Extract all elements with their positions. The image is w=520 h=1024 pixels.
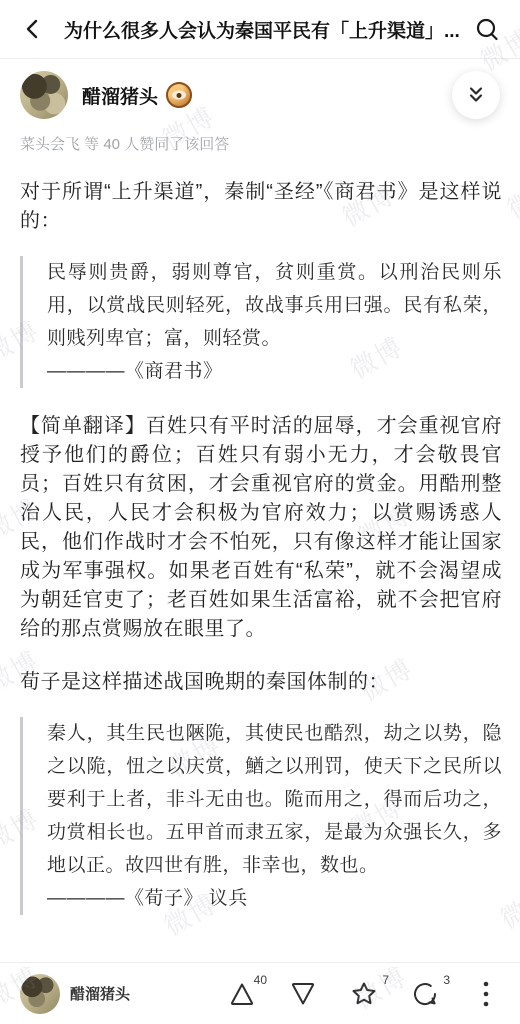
comment-count: 3 [443, 973, 450, 987]
downvote-button[interactable] [287, 978, 319, 1010]
upvoters-summary[interactable]: 菜头会飞 等 40 人赞同了该回答 [0, 119, 520, 154]
quote-attribution: ————《荀子》 议兵 [47, 882, 502, 915]
star-icon [349, 979, 379, 1009]
paragraph-xunzi-intro: 荀子是这样描述战国晚期的秦国体制的： [20, 668, 502, 697]
quote-text: 民辱则贵爵，弱则尊官，贫则重赏。以刑治民则乐用，以赏战民则轻死，故战事兵用曰强。… [47, 256, 502, 355]
author-avatar-small[interactable] [20, 974, 60, 1014]
quote-text: 秦人，其生民也陿陒，其使民也酷烈，劫之以势，隐之以陒，忸之以庆赏，鰌之以刑罚，使… [47, 717, 502, 882]
question-title[interactable]: 为什么很多人会认为秦国平民有「上升渠道」... [64, 16, 470, 43]
author-name[interactable]: 醋溜猪头 [82, 82, 158, 109]
upvote-triangle-icon [227, 979, 257, 1009]
upvote-count: 40 [254, 973, 267, 987]
favorite-button[interactable]: 7 [348, 978, 380, 1010]
author-badge-icon [166, 82, 192, 108]
author-avatar[interactable] [20, 71, 68, 119]
blockquote-xunzi: 秦人，其生民也陿陒，其使民也酷烈，劫之以势，隐之以陒，忸之以庆赏，鰌之以刑罚，使… [20, 717, 502, 915]
quote-attribution: ————《商君书》 [47, 355, 502, 388]
collapse-answer-button[interactable] [452, 71, 500, 119]
more-options-button[interactable] [470, 978, 502, 1010]
downvote-triangle-icon [288, 979, 318, 1009]
bottom-action-bar: 醋溜猪头 40 7 [0, 962, 520, 1024]
chevron-left-icon [22, 18, 44, 40]
paragraph-translation: 【简单翻译】百姓只有平时活的屈辱，才会重视官府授予他们的爵位；百姓只有弱小无力，… [20, 412, 502, 644]
answer-body: 对于所谓“上升渠道”，秦制“圣经”《商君书》是这样说的： 民辱则贵爵，弱则尊官，… [0, 178, 520, 915]
paragraph-intro: 对于所谓“上升渠道”，秦制“圣经”《商君书》是这样说的： [20, 178, 502, 236]
upvote-button[interactable]: 40 [226, 978, 258, 1010]
search-button[interactable] [470, 12, 504, 46]
blockquote-shangjunshu: 民辱则贵爵，弱则尊官，贫则重赏。以刑治民则乐用，以赏战民则轻死，故战事兵用曰强。… [20, 256, 502, 388]
action-buttons: 40 7 3 [226, 978, 502, 1010]
comment-bubble-icon [410, 979, 440, 1009]
answer-author-header: 醋溜猪头 [0, 59, 520, 119]
comment-button[interactable]: 3 [409, 978, 441, 1010]
back-button[interactable] [16, 12, 50, 46]
search-icon [474, 16, 500, 42]
double-chevron-down-icon [466, 85, 486, 105]
top-navbar: 为什么很多人会认为秦国平民有「上升渠道」... [0, 0, 520, 58]
bottom-author-name[interactable]: 醋溜猪头 [70, 983, 130, 1004]
badge-eye-icon [172, 91, 186, 100]
app-screen: 微博微博微博微博微博微博微博微博微博微博微博微博微博微博微博微博微博 为什么很多… [0, 0, 520, 1024]
favorite-count: 7 [382, 973, 389, 987]
kebab-menu-icon [482, 980, 490, 1008]
